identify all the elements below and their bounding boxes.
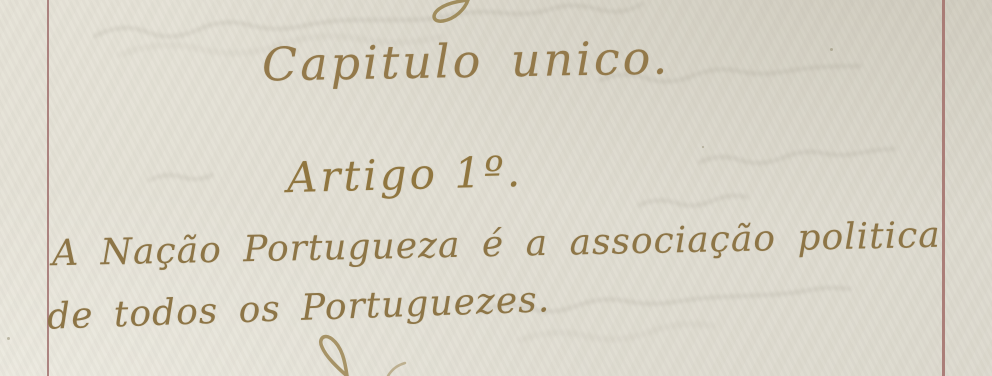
top-edge-flourish xyxy=(434,0,468,21)
article-heading: Artigo 1º. xyxy=(286,147,523,202)
ink-speck xyxy=(702,146,704,148)
chapter-heading: Capitulo unico. xyxy=(262,30,671,91)
manuscript-page: Capitulo unico. Artigo 1º. A Nação Portu… xyxy=(0,0,992,376)
ink-speck xyxy=(7,337,10,340)
bottom-edge-stroke xyxy=(388,363,405,376)
body-text-line-1: A Nação Portugueza é a associação politi… xyxy=(52,215,941,275)
right-margin-rule xyxy=(942,0,945,376)
ink-speck xyxy=(830,48,833,51)
bottom-edge-flourish xyxy=(321,337,347,376)
body-text-line-2: de todos os Portuguezes. xyxy=(46,279,550,338)
